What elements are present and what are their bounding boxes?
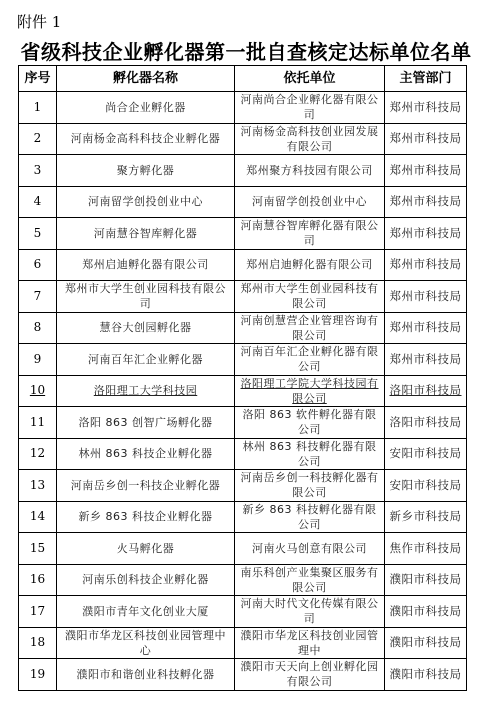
cell-no-text: 10	[30, 383, 45, 397]
cell-dept: 新乡市科技局	[385, 501, 467, 533]
cell-no-text: 6	[34, 257, 42, 271]
cell-name: 林州 863 科技企业孵化器	[57, 438, 235, 470]
cell-dept: 郑州市科技局	[385, 281, 467, 313]
cell-name-text: 火马孵化器	[117, 542, 175, 555]
table-row: 6郑州启迪孵化器有限公司郑州启迪孵化器有限公司郑州市科技局	[19, 249, 467, 281]
cell-name-text: 河南慧谷智库孵化器	[94, 227, 198, 240]
cell-dept-text: 郑州市科技局	[390, 289, 462, 303]
cell-no: 19	[19, 659, 57, 691]
cell-host-text: 河南火马创意有限公司	[252, 542, 367, 555]
cell-name-text: 濮阳市和谐创业科技孵化器	[77, 668, 215, 681]
cell-dept: 濮阳市科技局	[385, 627, 467, 659]
cell-no-text: 12	[30, 446, 45, 460]
cell-host-text: 郑州启迪孵化器有限公司	[246, 258, 373, 271]
cell-dept-text: 郑州市科技局	[390, 194, 462, 208]
cell-dept: 濮阳市科技局	[385, 596, 467, 628]
cell-dept: 郑州市科技局	[385, 186, 467, 218]
cell-name-text: 尚合企业孵化器	[105, 101, 186, 114]
cell-name-text: 河南杨金高科科技企业孵化器	[71, 132, 221, 145]
table-row: 4河南留学创投创业中心河南留学创投创业中心郑州市科技局	[19, 186, 467, 218]
cell-name: 河南乐创科技企业孵化器	[57, 564, 235, 596]
cell-host-text: 河南尚合企业孵化器有限公司	[241, 93, 379, 121]
cell-name: 河南岳乡创一科技企业孵化器	[57, 470, 235, 502]
cell-dept-text: 濮阳市科技局	[390, 604, 462, 618]
cell-name: 新乡 863 科技企业孵化器	[57, 501, 235, 533]
cell-host: 洛阳理工学院大学科技园有限公司	[235, 375, 385, 407]
cell-dept-text: 新乡市科技局	[390, 509, 462, 523]
table-row: 12林州 863 科技企业孵化器林州 863 科技孵化器有限公司安阳市科技局	[19, 438, 467, 470]
cell-host: 郑州聚方科技园有限公司	[235, 155, 385, 187]
table-row: 7郑州市大学生创业园科技有限公司郑州市大学生创业园科技有限公司郑州市科技局	[19, 281, 467, 313]
cell-no: 7	[19, 281, 57, 313]
cell-dept-text: 安阳市科技局	[390, 446, 462, 460]
table-row: 9河南百年汇企业孵化器河南百年汇企业孵化器有限公司郑州市科技局	[19, 344, 467, 376]
cell-no: 15	[19, 533, 57, 565]
table-row: 15火马孵化器河南火马创意有限公司焦作市科技局	[19, 533, 467, 565]
incubator-table: 序号 孵化器名称 依托单位 主管部门 1尚合企业孵化器河南尚合企业孵化器有限公司…	[18, 65, 467, 691]
cell-name: 河南留学创投创业中心	[57, 186, 235, 218]
cell-dept: 郑州市科技局	[385, 123, 467, 155]
cell-dept: 郑州市科技局	[385, 249, 467, 281]
cell-no-text: 11	[30, 415, 45, 429]
cell-name: 河南杨金高科科技企业孵化器	[57, 123, 235, 155]
cell-host: 新乡 863 科技孵化器有限公司	[235, 501, 385, 533]
cell-dept-text: 濮阳市科技局	[390, 635, 462, 649]
table-row: 8慧谷大创园孵化器河南创慧营企业管理咨询有限公司郑州市科技局	[19, 312, 467, 344]
cell-no-text: 19	[30, 667, 45, 681]
cell-no-text: 9	[34, 352, 42, 366]
cell-host: 河南留学创投创业中心	[235, 186, 385, 218]
cell-dept-text: 濮阳市科技局	[390, 667, 462, 681]
header-no: 序号	[19, 66, 57, 92]
cell-dept: 郑州市科技局	[385, 218, 467, 250]
cell-dept-text: 洛阳市科技局	[390, 415, 462, 429]
cell-name-text: 洛阳理工大学科技园	[94, 384, 198, 397]
cell-host: 河南尚合企业孵化器有限公司	[235, 92, 385, 124]
cell-host: 河南创慧营企业管理咨询有限公司	[235, 312, 385, 344]
cell-dept-text: 洛阳市科技局	[390, 383, 462, 397]
cell-no-text: 5	[34, 226, 42, 240]
cell-host-text: 郑州市大学生创业园科技有限公司	[241, 282, 379, 310]
cell-name-text: 濮阳市青年文化创业大厦	[82, 605, 209, 618]
cell-no: 13	[19, 470, 57, 502]
cell-name-text: 河南留学创投创业中心	[88, 195, 203, 208]
cell-dept-text: 郑州市科技局	[390, 320, 462, 334]
cell-name: 濮阳市青年文化创业大厦	[57, 596, 235, 628]
cell-name-text: 新乡 863 科技企业孵化器	[79, 510, 213, 523]
cell-no: 1	[19, 92, 57, 124]
cell-host-text: 濮阳市华龙区科技创业园管理中	[241, 629, 379, 657]
table-row: 14新乡 863 科技企业孵化器新乡 863 科技孵化器有限公司新乡市科技局	[19, 501, 467, 533]
cell-name: 洛阳理工大学科技园	[57, 375, 235, 407]
cell-name: 濮阳市华龙区科技创业园管理中心	[57, 627, 235, 659]
cell-no-text: 13	[30, 478, 45, 492]
cell-no-text: 15	[30, 541, 45, 555]
header-name: 孵化器名称	[57, 66, 235, 92]
cell-name-text: 聚方孵化器	[117, 164, 175, 177]
cell-host-text: 河南百年汇企业孵化器有限公司	[241, 345, 379, 373]
cell-dept-text: 安阳市科技局	[390, 478, 462, 492]
cell-host-text: 河南岳乡创一科技孵化器有限公司	[241, 471, 379, 499]
cell-name: 尚合企业孵化器	[57, 92, 235, 124]
cell-host: 郑州市大学生创业园科技有限公司	[235, 281, 385, 313]
cell-host-text: 洛阳理工学院大学科技园有限公司	[241, 377, 379, 405]
cell-name: 洛阳 863 创智广场孵化器	[57, 407, 235, 439]
cell-no: 6	[19, 249, 57, 281]
cell-no-text: 17	[30, 604, 45, 618]
cell-host-text: 河南留学创投创业中心	[252, 195, 367, 208]
table-row: 16河南乐创科技企业孵化器南乐科创产业集聚区服务有限公司濮阳市科技局	[19, 564, 467, 596]
table-row: 1尚合企业孵化器河南尚合企业孵化器有限公司郑州市科技局	[19, 92, 467, 124]
cell-host-text: 郑州聚方科技园有限公司	[246, 164, 373, 177]
cell-name: 郑州市大学生创业园科技有限公司	[57, 281, 235, 313]
table-row: 13河南岳乡创一科技企业孵化器河南岳乡创一科技孵化器有限公司安阳市科技局	[19, 470, 467, 502]
cell-dept: 郑州市科技局	[385, 312, 467, 344]
cell-host-text: 洛阳 863 软件孵化器有限公司	[243, 408, 377, 436]
cell-name-text: 慧谷大创园孵化器	[100, 321, 192, 334]
cell-no-text: 8	[34, 320, 42, 334]
cell-host-text: 南乐科创产业集聚区服务有限公司	[241, 566, 379, 594]
attachment-label: 附件 1	[17, 11, 61, 32]
cell-name: 濮阳市和谐创业科技孵化器	[57, 659, 235, 691]
cell-name: 火马孵化器	[57, 533, 235, 565]
table-header-row: 序号 孵化器名称 依托单位 主管部门	[19, 66, 467, 92]
cell-host-text: 河南杨金高科技创业园发展有限公司	[241, 125, 379, 153]
cell-host: 河南慧谷智库孵化器有限公司	[235, 218, 385, 250]
cell-no: 18	[19, 627, 57, 659]
cell-name-text: 河南岳乡创一科技企业孵化器	[71, 479, 221, 492]
cell-host: 河南火马创意有限公司	[235, 533, 385, 565]
table-row: 5河南慧谷智库孵化器河南慧谷智库孵化器有限公司郑州市科技局	[19, 218, 467, 250]
cell-no: 10	[19, 375, 57, 407]
table-row: 2河南杨金高科科技企业孵化器河南杨金高科技创业园发展有限公司郑州市科技局	[19, 123, 467, 155]
cell-dept-text: 焦作市科技局	[390, 541, 462, 555]
cell-dept: 洛阳市科技局	[385, 407, 467, 439]
cell-dept-text: 郑州市科技局	[390, 163, 462, 177]
cell-host: 河南大时代文化传媒有限公司	[235, 596, 385, 628]
cell-no: 16	[19, 564, 57, 596]
table-row: 11洛阳 863 创智广场孵化器洛阳 863 软件孵化器有限公司洛阳市科技局	[19, 407, 467, 439]
cell-host-text: 河南慧谷智库孵化器有限公司	[241, 219, 379, 247]
cell-name-text: 郑州市大学生创业园科技有限公司	[65, 282, 226, 310]
cell-name: 慧谷大创园孵化器	[57, 312, 235, 344]
cell-name-text: 河南乐创科技企业孵化器	[82, 573, 209, 586]
header-dept: 主管部门	[385, 66, 467, 92]
cell-host: 河南杨金高科技创业园发展有限公司	[235, 123, 385, 155]
cell-host-text: 林州 863 科技孵化器有限公司	[243, 440, 377, 468]
cell-dept-text: 郑州市科技局	[390, 100, 462, 114]
cell-name: 河南慧谷智库孵化器	[57, 218, 235, 250]
cell-name-text: 洛阳 863 创智广场孵化器	[79, 416, 213, 429]
cell-no-text: 18	[30, 635, 45, 649]
cell-no-text: 16	[30, 572, 45, 586]
cell-dept: 郑州市科技局	[385, 344, 467, 376]
document-title: 省级科技企业孵化器第一批自查核定达标单位名单	[0, 36, 492, 65]
cell-name-text: 林州 863 科技企业孵化器	[79, 447, 213, 460]
cell-dept: 郑州市科技局	[385, 155, 467, 187]
cell-host: 河南岳乡创一科技孵化器有限公司	[235, 470, 385, 502]
cell-host-text: 河南创慧营企业管理咨询有限公司	[241, 314, 379, 342]
cell-no: 12	[19, 438, 57, 470]
cell-name-text: 濮阳市华龙区科技创业园管理中心	[65, 629, 226, 657]
cell-dept: 洛阳市科技局	[385, 375, 467, 407]
cell-name: 郑州启迪孵化器有限公司	[57, 249, 235, 281]
cell-name-text: 郑州启迪孵化器有限公司	[82, 258, 209, 271]
cell-no-text: 2	[34, 131, 42, 145]
cell-no: 9	[19, 344, 57, 376]
table-row: 17濮阳市青年文化创业大厦河南大时代文化传媒有限公司濮阳市科技局	[19, 596, 467, 628]
cell-no: 5	[19, 218, 57, 250]
cell-no: 4	[19, 186, 57, 218]
table-row: 3聚方孵化器郑州聚方科技园有限公司郑州市科技局	[19, 155, 467, 187]
cell-dept-text: 郑州市科技局	[390, 226, 462, 240]
cell-no: 3	[19, 155, 57, 187]
cell-no-text: 1	[34, 100, 42, 114]
cell-name: 聚方孵化器	[57, 155, 235, 187]
cell-dept-text: 郑州市科技局	[390, 257, 462, 271]
cell-name: 河南百年汇企业孵化器	[57, 344, 235, 376]
cell-dept-text: 濮阳市科技局	[390, 572, 462, 586]
cell-no-text: 4	[34, 194, 42, 208]
cell-dept: 焦作市科技局	[385, 533, 467, 565]
cell-no: 17	[19, 596, 57, 628]
cell-host: 南乐科创产业集聚区服务有限公司	[235, 564, 385, 596]
cell-dept: 安阳市科技局	[385, 438, 467, 470]
cell-name-text: 河南百年汇企业孵化器	[88, 353, 203, 366]
cell-no-text: 3	[34, 163, 42, 177]
table-row: 19濮阳市和谐创业科技孵化器濮阳市天天向上创业孵化园有限公司濮阳市科技局	[19, 659, 467, 691]
cell-host: 洛阳 863 软件孵化器有限公司	[235, 407, 385, 439]
cell-dept: 郑州市科技局	[385, 92, 467, 124]
cell-host: 河南百年汇企业孵化器有限公司	[235, 344, 385, 376]
cell-no: 2	[19, 123, 57, 155]
cell-no: 11	[19, 407, 57, 439]
cell-dept-text: 郑州市科技局	[390, 352, 462, 366]
cell-no-text: 14	[30, 509, 45, 523]
cell-host-text: 濮阳市天天向上创业孵化园有限公司	[241, 660, 379, 688]
cell-host: 郑州启迪孵化器有限公司	[235, 249, 385, 281]
cell-dept: 濮阳市科技局	[385, 564, 467, 596]
cell-host-text: 新乡 863 科技孵化器有限公司	[243, 503, 377, 531]
cell-host-text: 河南大时代文化传媒有限公司	[241, 597, 379, 625]
cell-dept-text: 郑州市科技局	[390, 131, 462, 145]
cell-host: 濮阳市天天向上创业孵化园有限公司	[235, 659, 385, 691]
table-row: 10洛阳理工大学科技园洛阳理工学院大学科技园有限公司洛阳市科技局	[19, 375, 467, 407]
header-host: 依托单位	[235, 66, 385, 92]
cell-dept: 濮阳市科技局	[385, 659, 467, 691]
cell-no-text: 7	[34, 289, 42, 303]
cell-dept: 安阳市科技局	[385, 470, 467, 502]
cell-host: 濮阳市华龙区科技创业园管理中	[235, 627, 385, 659]
table-row: 18濮阳市华龙区科技创业园管理中心濮阳市华龙区科技创业园管理中濮阳市科技局	[19, 627, 467, 659]
cell-no: 14	[19, 501, 57, 533]
cell-no: 8	[19, 312, 57, 344]
cell-host: 林州 863 科技孵化器有限公司	[235, 438, 385, 470]
